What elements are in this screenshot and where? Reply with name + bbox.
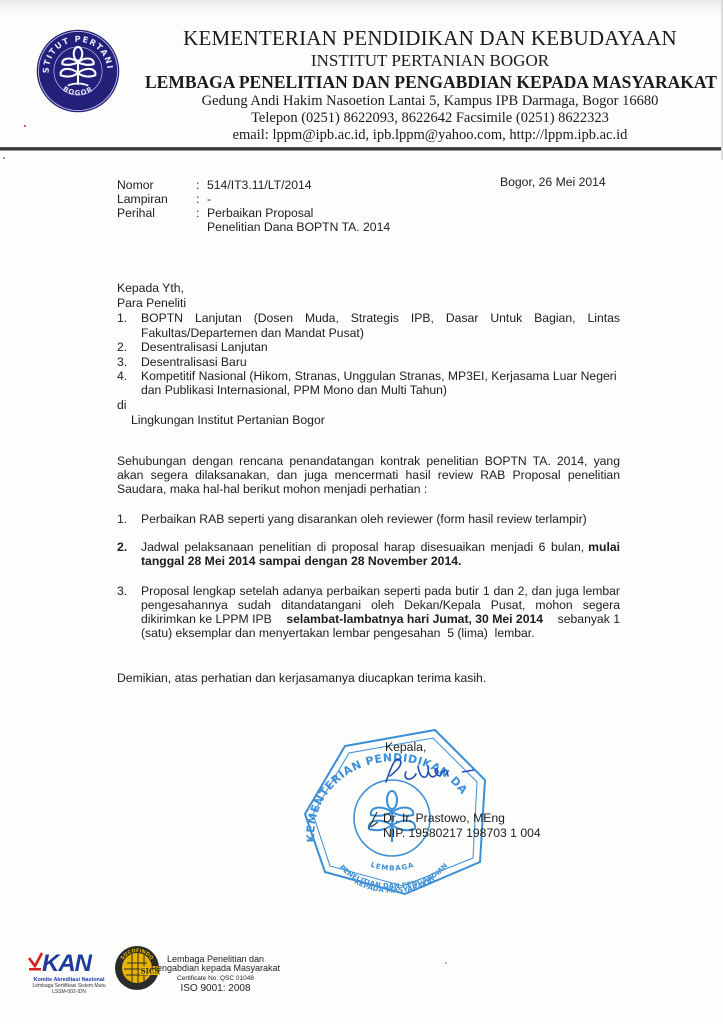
recipient-item: Desentralisasi Lanjutan [141, 340, 268, 354]
certificate-number: Certificate No. QSC 01048 [158, 975, 273, 982]
recipient-item: Kompetitif Nasional (Hikom, Stranas, Ung… [141, 369, 617, 383]
checkmark-icon [28, 952, 43, 972]
closing-line: Demikian, atas perhatian dan kerjasamany… [117, 671, 486, 685]
point-text-regular: Jadwal pelaksanaan penelitian di proposa… [141, 540, 584, 554]
kan-wordmark: KAN [42, 950, 91, 978]
di-label: di [117, 398, 127, 412]
recipient-group: Para Peneliti [117, 296, 186, 310]
point-text-bold-cont: tanggal 28 Mei 2014 sampai dengan 28 Nov… [141, 554, 461, 568]
point-text: Jadwal pelaksanaan penelitian di proposa… [141, 540, 620, 554]
colon: : [196, 192, 199, 206]
signatory-name: Dr. Ir. Prastowo, MEng [383, 811, 505, 825]
perihal-value-cont: Penelitian Dana BOPTN TA. 2014 [207, 220, 390, 234]
speck [3, 157, 5, 159]
point-text: Perbaikan RAB seperti yang disarankan ol… [141, 512, 587, 526]
lampiran-value: - [207, 192, 211, 206]
salutation: Kepada Yth, [117, 281, 184, 295]
letterhead-divider-thin [0, 150, 721, 151]
point-text: Proposal lengkap setelah adanya perbaika… [141, 584, 620, 598]
kan-line: LSSM-002-IDN [28, 989, 110, 995]
point-num: 3. [117, 584, 127, 598]
recipient-num: 2. [117, 340, 127, 354]
point-text-cont: (satu) eksemplar dan menyertakan lembar … [141, 626, 535, 640]
point-text-bold: selambat-lambatnya hari Jumat, 30 Mei 20… [286, 612, 543, 626]
intro-line: Sehubungan dengan rencana penandatangan … [117, 454, 620, 468]
perihal-label: Perihal [117, 206, 155, 220]
nomor-label: Nomor [117, 178, 154, 192]
recipient-num: 4. [117, 369, 127, 383]
point-text-cont: dikirimkan ke LPPM IPB selambat-lambatny… [141, 612, 620, 626]
kan-logo: KAN Komite Akreditasi Nasional Lembaga S… [28, 950, 110, 998]
ministry-name: KEMENTERIAN PENDIDIKAN DAN KEBUDAYAAN [150, 26, 710, 51]
point-text-regular: sebanyak 1 [554, 612, 620, 626]
speck [24, 125, 26, 127]
svg-text:LEMBAGA: LEMBAGA [370, 861, 416, 873]
address: Gedung Andi Hakim Nasoetion Lantai 5, Ka… [150, 93, 710, 110]
signature-mark-icon [367, 810, 381, 830]
handwritten-signature-icon [378, 752, 483, 797]
nomor-value: 514/IT3.11/LT/2014 [207, 178, 312, 192]
footer-org-line: Pengabdian kepada Masyarakat [150, 963, 281, 973]
lampiran-label: Lampiran [117, 192, 168, 206]
iso-standard: ISO 9001: 2008 [158, 983, 273, 994]
intro-line: Saudara, maka hal-hal berikut mohon menj… [117, 482, 427, 496]
agency-name: LEMBAGA PENELITIAN DAN PENGABDIAN KEPADA… [145, 72, 715, 93]
speck [445, 962, 447, 964]
institute-name: INSTITUT PERTANIAN BOGOR [150, 51, 710, 71]
colon: : [196, 178, 199, 192]
perihal-value: Perbaikan Proposal [207, 206, 313, 220]
recipient-num: 1. [117, 311, 127, 325]
point-num: 1. [117, 512, 127, 526]
point-text-bold: mulai [588, 540, 620, 554]
page-top-shadow [0, 0, 723, 14]
recipient-item-cont: Fakultas/Departemen dan Mandat Pusat) [141, 326, 364, 340]
phone-fax: Telepon (0251) 8622093, 8622642 Facsimil… [150, 110, 710, 127]
point-text-cont: pengesahannya sudah ditandatangani oleh … [141, 598, 620, 612]
recipient-item-cont: dan Publikasi Internasional, PPM Mono da… [141, 383, 447, 397]
recipient-num: 3. [117, 355, 127, 369]
point-num: 2. [117, 540, 127, 554]
ipb-logo-icon: INSTITUT PERTANIAN BOGOR [35, 28, 121, 114]
recipient-item: Desentralisasi Baru [141, 355, 247, 369]
colon: : [196, 206, 199, 220]
recipient-location: Lingkungan Institut Pertanian Bogor [131, 413, 325, 427]
intro-line: akan segera dilaksanakan, dan juga mence… [117, 468, 620, 482]
signatory-nip: NIP. 19580217 198703 1 004 [383, 826, 541, 840]
point-text-regular: dikirimkan ke LPPM IPB [141, 612, 275, 626]
letter-date: Bogor, 26 Mei 2014 [500, 175, 606, 189]
email-web: email: lppm@ipb.ac.id, ipb.lppm@yahoo.co… [150, 127, 710, 144]
recipient-item: BOPTN Lanjutan (Dosen Muda, Strategis IP… [141, 311, 620, 325]
